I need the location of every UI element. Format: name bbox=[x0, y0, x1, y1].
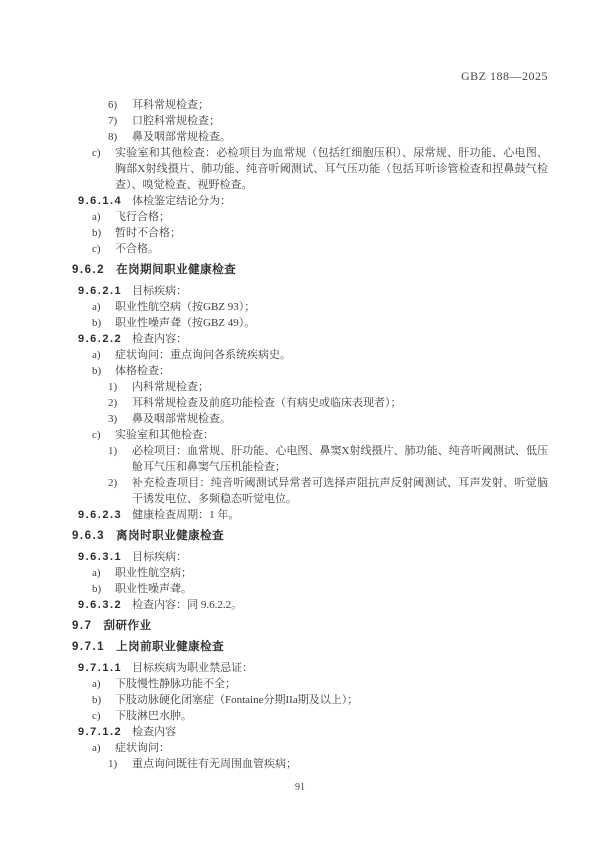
list-item: c)不合格。 bbox=[92, 241, 548, 257]
list-item: a)职业性航空病； bbox=[92, 565, 548, 581]
sub-list-item: 8)鼻及咽部常规检查。 bbox=[108, 129, 548, 145]
item-number: 9.6.2.2 bbox=[78, 331, 122, 347]
item-number: a) bbox=[92, 565, 115, 581]
list-item: a)职业性航空病（按GBZ 93）； bbox=[92, 299, 548, 315]
item-text: 飞行合格； bbox=[115, 209, 548, 225]
list-item: c)下肢淋巴水肿。 bbox=[92, 708, 548, 724]
item-number: b) bbox=[92, 581, 115, 597]
sub-list-item: 3)鼻及咽部常规检查。 bbox=[108, 411, 548, 427]
item-text: 目标疾病： bbox=[132, 283, 548, 299]
item-number: a) bbox=[92, 209, 115, 225]
sub-list-item: 1)必检项目：血常规、肝功能、心电图、鼻窦X射线摄片、肺功能、纯音听阈测试、低压… bbox=[108, 443, 548, 475]
item-number: c) bbox=[92, 145, 115, 193]
item-text: 检查内容：同 9.6.2.2。 bbox=[132, 597, 548, 613]
item-number: 2) bbox=[108, 395, 132, 411]
item-number: 9.7 bbox=[72, 618, 93, 634]
item-number: b) bbox=[92, 692, 115, 708]
standard-code-header: GBZ 188—2025 bbox=[461, 69, 548, 84]
item-number: b) bbox=[92, 363, 115, 379]
list-item: c)实验室和其他检查：必检项目为血常规（包括红细胞压积）、尿常规、肝功能、心电图… bbox=[92, 145, 548, 193]
item-text: 离岗时职业健康检查 bbox=[116, 528, 548, 544]
clause-line: 9.7.1.1目标疾病为职业禁忌证： bbox=[78, 660, 548, 676]
item-number: 9.6.2.3 bbox=[78, 507, 122, 523]
page-number: 91 bbox=[0, 782, 600, 793]
item-text: 口腔科常规检查； bbox=[132, 113, 548, 129]
item-number: a) bbox=[92, 347, 115, 363]
clause-line: 9.7.1.2检查内容 bbox=[78, 724, 548, 740]
section-heading: 9.6.2在岗期间职业健康检查 bbox=[72, 262, 548, 278]
item-text: 目标疾病为职业禁忌证： bbox=[132, 660, 548, 676]
item-number: b) bbox=[92, 225, 115, 241]
list-item: b)职业性噪声聋（按GBZ 49）。 bbox=[92, 315, 548, 331]
list-item: a)飞行合格； bbox=[92, 209, 548, 225]
item-text: 不合格。 bbox=[115, 241, 548, 257]
item-number: 9.7.1.2 bbox=[78, 724, 122, 740]
list-item: b)体格检查： bbox=[92, 363, 548, 379]
item-number: 1) bbox=[108, 443, 132, 475]
item-text: 暂时不合格； bbox=[115, 225, 548, 241]
clause-line: 9.6.2.2检查内容： bbox=[78, 331, 548, 347]
item-text: 耳科常规检查及前庭功能检查（有病史或临床表现者）； bbox=[132, 395, 548, 411]
item-text: 重点询问既往有无周围血管疾病； bbox=[132, 756, 548, 772]
item-text: 耳科常规检查； bbox=[132, 97, 548, 113]
item-number: a) bbox=[92, 676, 115, 692]
item-number: 9.7.1 bbox=[72, 639, 105, 655]
item-text: 职业性噪声聋（按GBZ 49）。 bbox=[115, 315, 548, 331]
item-number: a) bbox=[92, 299, 115, 315]
item-text: 刮研作业 bbox=[104, 618, 549, 634]
section-heading: 9.7.1上岗前职业健康检查 bbox=[72, 639, 548, 655]
sub-list-item: 1)重点询问既往有无周围血管疾病； bbox=[108, 756, 548, 772]
list-item: a)症状询问： bbox=[92, 740, 548, 756]
item-text: 下肢淋巴水肿。 bbox=[115, 708, 548, 724]
item-text: 下肢动脉硬化闭塞症（Fontaine分期IIa期及以上）； bbox=[115, 692, 548, 708]
sub-list-item: 1)内科常规检查； bbox=[108, 379, 548, 395]
item-text: 职业性噪声聋。 bbox=[115, 581, 548, 597]
sub-list-item: 7)口腔科常规检查； bbox=[108, 113, 548, 129]
item-number: 9.7.1.1 bbox=[78, 660, 122, 676]
item-number: 9.6.1.4 bbox=[78, 193, 122, 209]
clause-line: 9.6.3.2检查内容：同 9.6.2.2。 bbox=[78, 597, 548, 613]
section-heading: 9.7刮研作业 bbox=[72, 618, 548, 634]
item-text: 检查内容 bbox=[132, 724, 548, 740]
item-text: 体检鉴定结论分为： bbox=[132, 193, 548, 209]
item-number: 3) bbox=[108, 411, 132, 427]
item-text: 在岗期间职业健康检查 bbox=[116, 262, 548, 278]
item-number: 9.6.2 bbox=[72, 262, 105, 278]
document-body: 6)耳科常规检查；7)口腔科常规检查；8)鼻及咽部常规检查。c)实验室和其他检查… bbox=[72, 97, 548, 772]
item-number: 1) bbox=[108, 756, 132, 772]
item-text: 目标疾病： bbox=[132, 549, 548, 565]
sub-list-item: 6)耳科常规检查； bbox=[108, 97, 548, 113]
item-text: 症状询问：重点询问各系统疾病史。 bbox=[115, 347, 548, 363]
item-text: 职业性航空病（按GBZ 93）； bbox=[115, 299, 548, 315]
item-text: 鼻及咽部常规检查。 bbox=[132, 411, 548, 427]
item-number: c) bbox=[92, 241, 115, 257]
item-text: 体格检查： bbox=[115, 363, 548, 379]
item-number: 2) bbox=[108, 475, 132, 507]
item-number: c) bbox=[92, 708, 115, 724]
item-number: 9.6.2.1 bbox=[78, 283, 122, 299]
item-text: 实验室和其他检查：必检项目为血常规（包括红细胞压积）、尿常规、肝功能、心电图、胸… bbox=[115, 145, 548, 193]
list-item: b)暂时不合格； bbox=[92, 225, 548, 241]
item-text: 下肢慢性静脉功能不全； bbox=[115, 676, 548, 692]
item-number: 9.6.3 bbox=[72, 528, 105, 544]
item-number: c) bbox=[92, 427, 115, 443]
section-heading: 9.6.3离岗时职业健康检查 bbox=[72, 528, 548, 544]
list-item: c)实验室和其他检查： bbox=[92, 427, 548, 443]
clause-line: 9.6.3.1目标疾病： bbox=[78, 549, 548, 565]
item-text: 鼻及咽部常规检查。 bbox=[132, 129, 548, 145]
item-number: 8) bbox=[108, 129, 132, 145]
clause-line: 9.6.2.1目标疾病： bbox=[78, 283, 548, 299]
sub-list-item: 2)耳科常规检查及前庭功能检查（有病史或临床表现者）； bbox=[108, 395, 548, 411]
item-text: 职业性航空病； bbox=[115, 565, 548, 581]
item-number: 7) bbox=[108, 113, 132, 129]
item-text: 实验室和其他检查： bbox=[115, 427, 548, 443]
item-text: 上岗前职业健康检查 bbox=[116, 639, 548, 655]
item-number: 1) bbox=[108, 379, 132, 395]
clause-line: 9.6.1.4体检鉴定结论分为： bbox=[78, 193, 548, 209]
item-text: 必检项目：血常规、肝功能、心电图、鼻窦X射线摄片、肺功能、纯音听阈测试、低压舱耳… bbox=[132, 443, 548, 475]
list-item: a)下肢慢性静脉功能不全； bbox=[92, 676, 548, 692]
item-number: 9.6.3.1 bbox=[78, 549, 122, 565]
list-item: b)职业性噪声聋。 bbox=[92, 581, 548, 597]
item-text: 健康检查周期：1 年。 bbox=[132, 507, 548, 523]
item-text: 症状询问： bbox=[115, 740, 548, 756]
item-number: 6) bbox=[108, 97, 132, 113]
item-number: a) bbox=[92, 740, 115, 756]
item-text: 补充检查项目：纯音听阈测试异常者可选择声阻抗声反射阈测试、耳声发射、听觉脑干诱发… bbox=[132, 475, 548, 507]
sub-list-item: 2)补充检查项目：纯音听阈测试异常者可选择声阻抗声反射阈测试、耳声发射、听觉脑干… bbox=[108, 475, 548, 507]
item-number: b) bbox=[92, 315, 115, 331]
item-number: 9.6.3.2 bbox=[78, 597, 122, 613]
item-text: 内科常规检查； bbox=[132, 379, 548, 395]
list-item: b)下肢动脉硬化闭塞症（Fontaine分期IIa期及以上）； bbox=[92, 692, 548, 708]
clause-line: 9.6.2.3健康检查周期：1 年。 bbox=[78, 507, 548, 523]
list-item: a)症状询问：重点询问各系统疾病史。 bbox=[92, 347, 548, 363]
item-text: 检查内容： bbox=[132, 331, 548, 347]
document-page: GBZ 188—2025 6)耳科常规检查；7)口腔科常规检查；8)鼻及咽部常规… bbox=[0, 0, 600, 848]
